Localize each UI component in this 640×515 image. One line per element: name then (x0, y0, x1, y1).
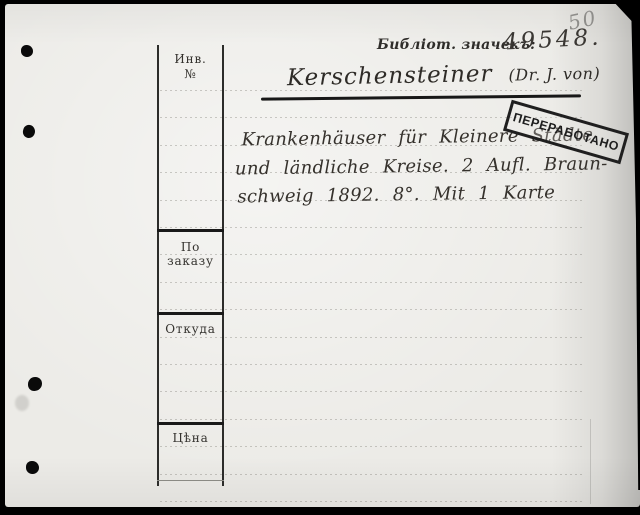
author-heading: Kerschensteiner (Dr. J. von) (287, 59, 601, 92)
table-separator (157, 229, 224, 232)
field-label-inventory-number: Инв. № (157, 52, 224, 82)
author-underline (261, 94, 581, 100)
ruled-line (160, 501, 583, 502)
table-bottom-line (157, 480, 224, 481)
library-mark-number-handwritten: 49548. (502, 24, 602, 55)
punch-hole (26, 461, 39, 474)
catalog-card: Инв. № По заказу Откуда Цѣна 50 Библіот.… (5, 4, 640, 507)
field-label-by-order: По заказу (157, 240, 224, 268)
entry-line: schweig 1892. 8°. Mit 1 Karte (235, 181, 595, 215)
field-label-inv-line1: Инв. (157, 52, 224, 67)
ink-smudge (15, 395, 29, 411)
author-name: Kerschensteiner (287, 61, 493, 91)
field-label-price: Цѣна (157, 431, 224, 445)
table-separator (157, 422, 224, 425)
punch-hole (21, 45, 33, 57)
card-crease (590, 419, 591, 504)
author-qualifier: (Dr. J. von) (508, 64, 600, 85)
scanned-catalog-card-page: Инв. № По заказу Откуда Цѣна 50 Библіот.… (0, 0, 640, 515)
scan-bottom-edge (0, 507, 640, 515)
table-separator (157, 312, 224, 315)
field-label-origin: Откуда (157, 322, 224, 336)
field-label-inv-line2: № (157, 67, 224, 82)
